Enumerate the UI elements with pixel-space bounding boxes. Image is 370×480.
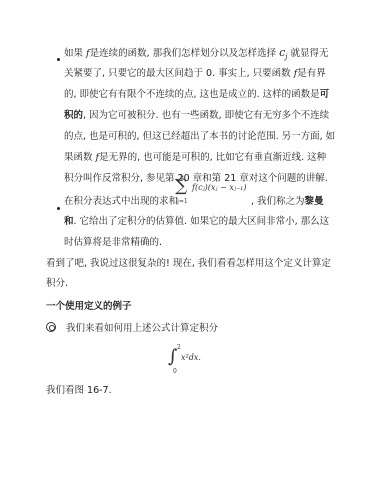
bullet2-line3: 时估算将是非常精确的. (64, 237, 162, 249)
text: 关紧要了, 只要它的最大区间趋于 0. 事实上, 只要函数 (64, 68, 294, 79)
paragraph-line2: 积分. (46, 278, 68, 290)
list-bullet (57, 207, 60, 210)
bold-term: 可 (320, 89, 330, 100)
section-heading: 一个使用定义的例子 (46, 301, 132, 313)
paragraph-line1: 看到了吧, 我说过这很复杂的! 现在, 我们看看怎样用这个定义计算定 (46, 258, 331, 270)
bullet1-line2: 关紧要了, 只要它的最大区间趋于 0. 事实上, 只要函数 f是有界 (64, 68, 326, 80)
text: , 因为它可被积分. 也有一些函数, 即使它有无穷多个不连续 (83, 110, 329, 121)
text: 是连续的函数, 那我们怎样划分以及怎样选择 (90, 48, 280, 59)
text: 是无界的, 也可能是可积的, 比如它有垂直渐近线. 这种 (99, 152, 326, 163)
text: 的, 即使它有有限个不连续的点, 这也是成立的. 这样的函数是 (64, 89, 320, 100)
text: 就显得无 (287, 48, 328, 59)
bullet1-line6: 果函数 f是无界的, 也可能是可积的, 比如它有垂直渐近线. 这种 (64, 152, 326, 164)
integral-lower: 0 (173, 368, 177, 375)
text: . 它给出了定积分的估算值. 如果它的最大区间非常小, 那么这 (74, 216, 330, 227)
sum-lower: j=1 (177, 198, 188, 205)
text: 果函数 (64, 152, 96, 163)
bold-term: 黎曼 (305, 196, 324, 207)
sigma-icon: ∑ (175, 177, 187, 195)
integrand: x²dx. (181, 353, 201, 362)
bullet2-line2: 和. 它给出了定积分的估算值. 如果它的最大区间非常小, 那么这 (64, 216, 329, 228)
text: 是有界 (297, 68, 326, 79)
bullet2-line1: 在积分表达式中出现的求和 (64, 196, 178, 208)
integral-upper: 2 (177, 344, 181, 351)
bold-term: 和 (64, 216, 74, 227)
bullet1-line1: 如果 f是连续的函数, 那我们怎样划分以及怎样选择 cj 就显得无 (64, 47, 329, 63)
definite-integral-formula: ∫ 2 0 x²dx. (168, 344, 218, 376)
bullet1-line3: 的, 即使它有有限个不连续的点, 这也是成立的. 这样的函数是可 (64, 89, 329, 101)
target-icon (46, 322, 56, 332)
bullet1-line5: 的点, 也是可积的, 但这已经超出了本书的讨论范围. 另一方面, 如 (64, 131, 335, 143)
bullet1-line4: 积的, 因为它可被积分. 也有一些函数, 即使它有无穷多个不连续 (64, 110, 329, 122)
text: , 我们称之为 (251, 196, 305, 207)
list-bullet (57, 58, 60, 61)
closing-line: 我们看图 16-7. (46, 385, 112, 397)
bold-term: 积的 (64, 110, 83, 121)
bullet2-line1b: , 我们称之为黎曼 (251, 196, 324, 208)
riemann-sum-formula: n ∑ j=1 f(cⱼ)(xⱼ − xⱼ₋₁) (174, 174, 250, 210)
example-text: 我们来看如何用上述公式计算定积分 (66, 323, 218, 335)
sum-body: f(cⱼ)(xⱼ − xⱼ₋₁) (192, 183, 247, 192)
integral-icon: ∫ (168, 346, 177, 368)
text: 如果 (64, 48, 86, 59)
